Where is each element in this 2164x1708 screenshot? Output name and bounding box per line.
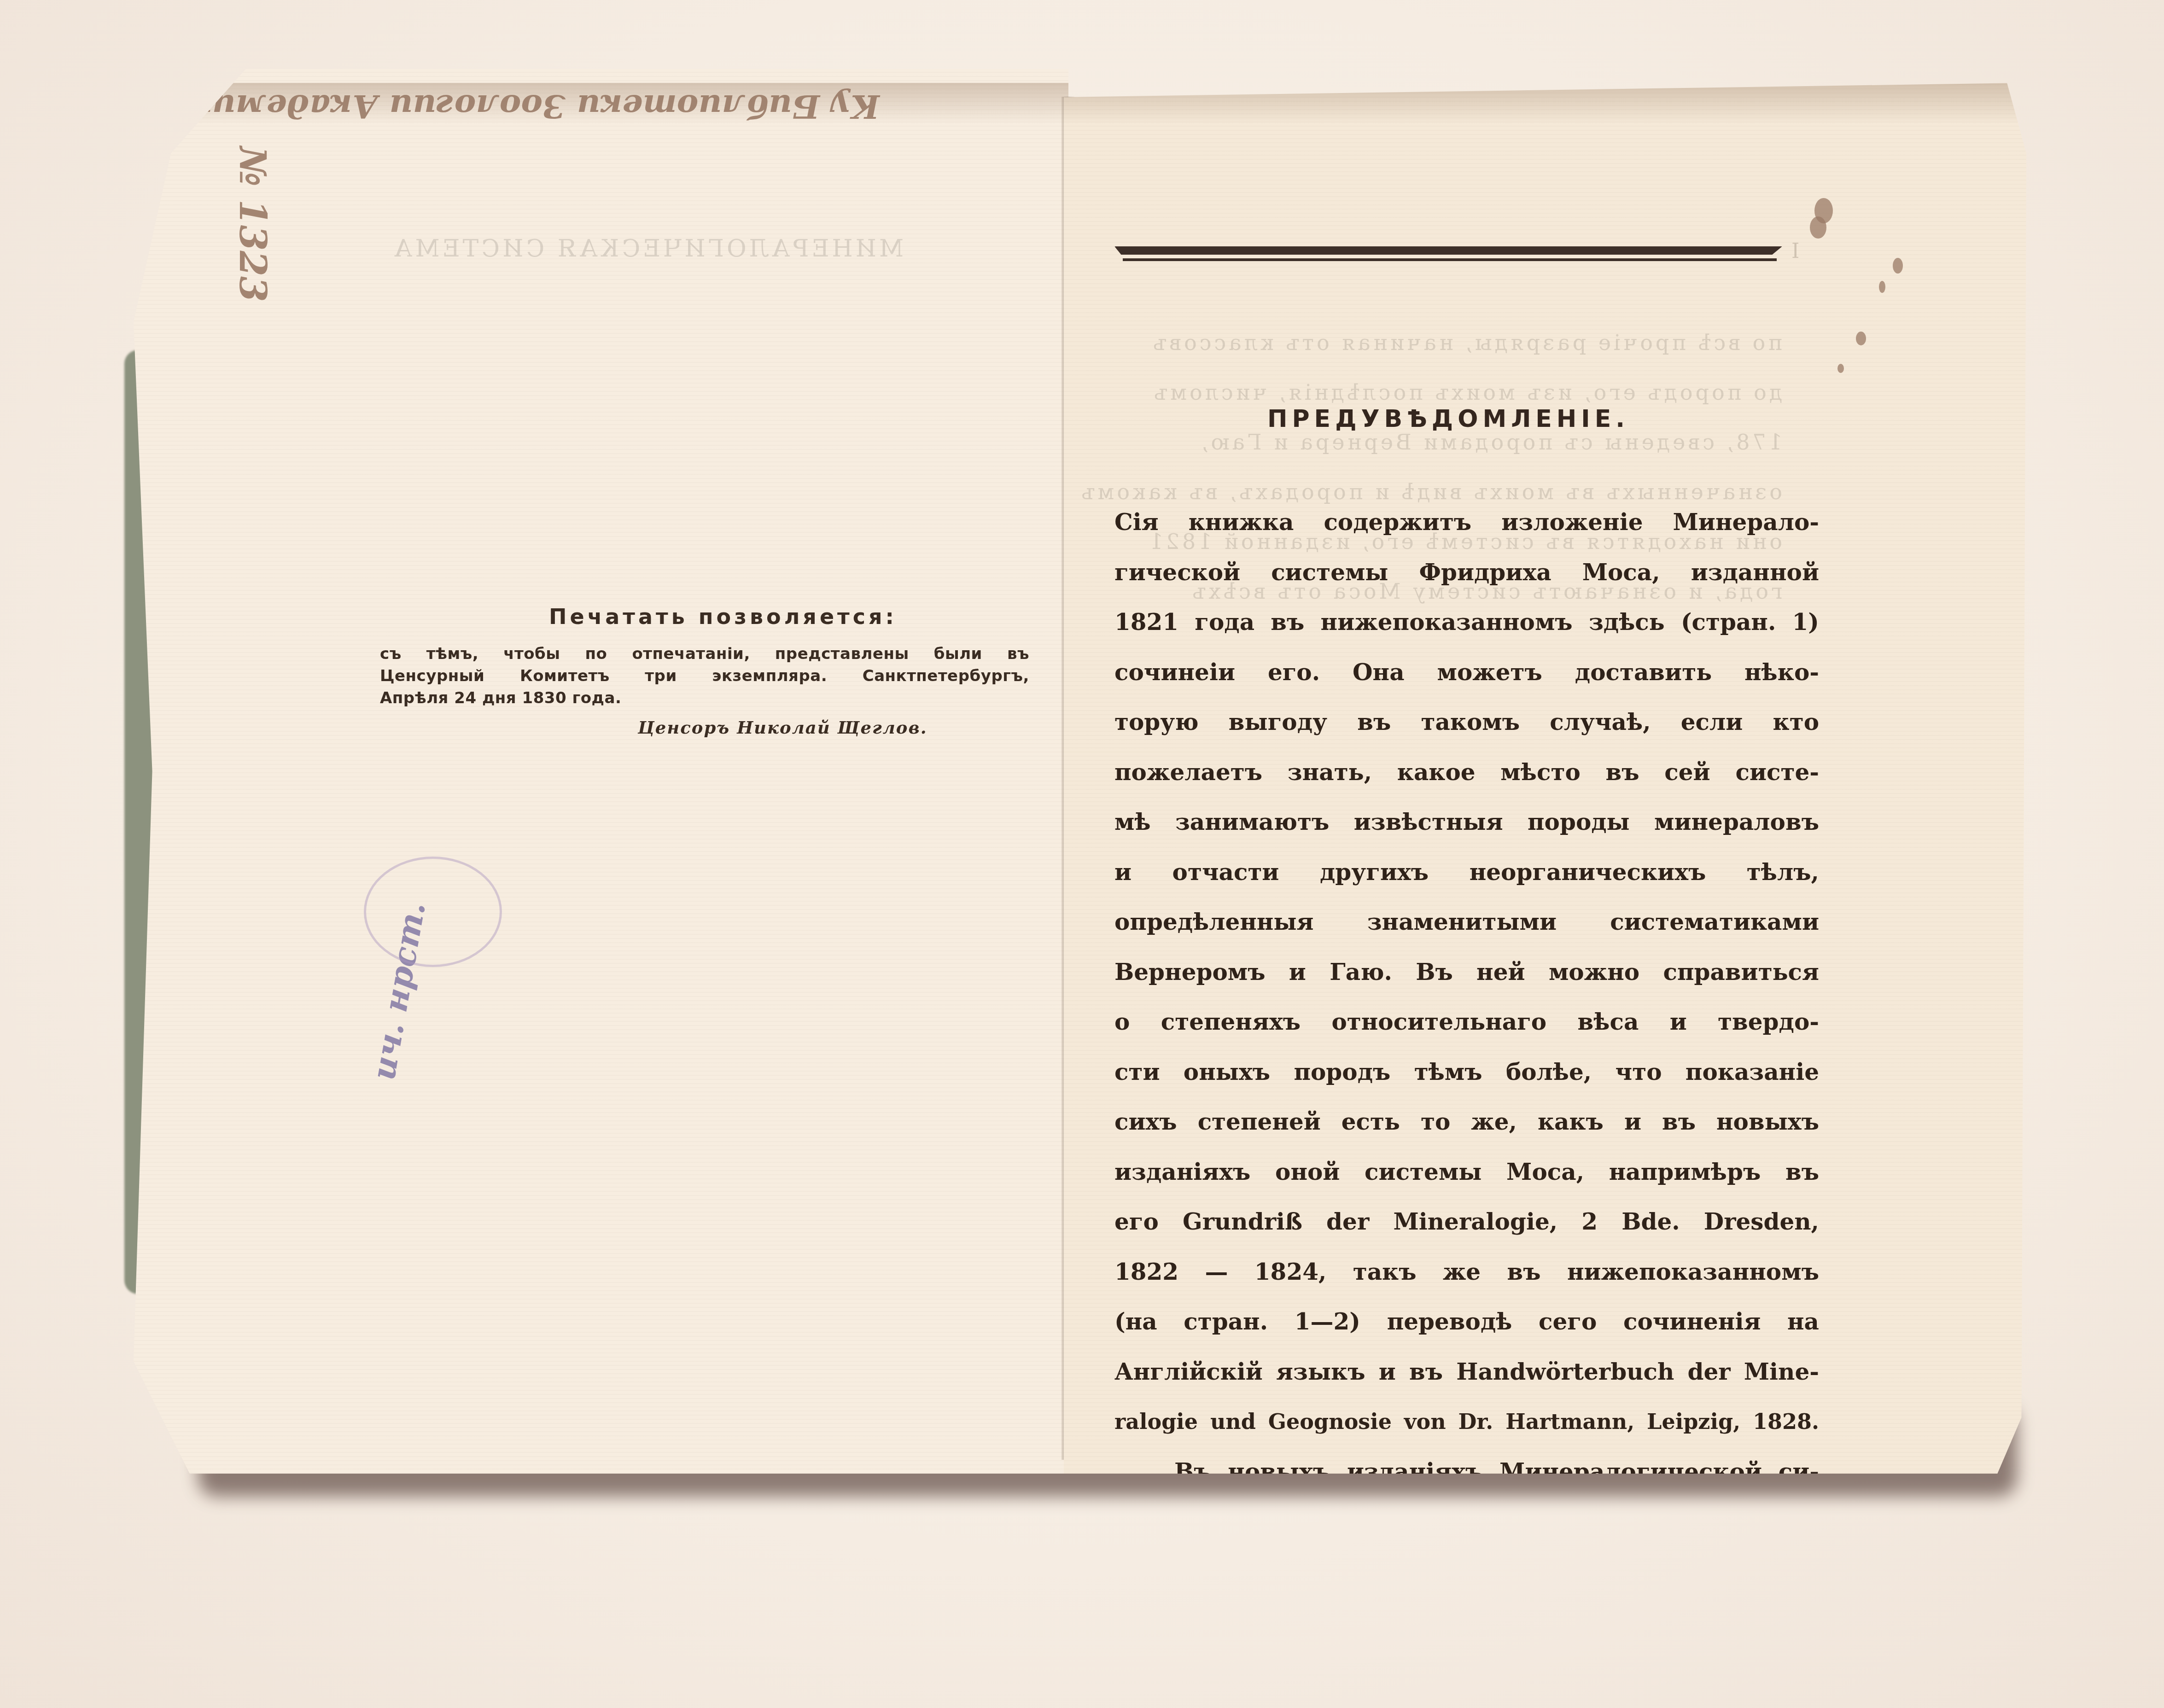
top-edge-stain	[1064, 83, 2026, 124]
ink-stain	[1879, 281, 1885, 293]
text-line: опредѣленныя знаменитыми систематиками	[1114, 897, 1819, 947]
open-book: МИНЕРАЛОГИЧЕСКАЯ СИСТЕМА Ку Библиотеки З…	[134, 69, 2026, 1474]
handwritten-number: № 1323	[231, 146, 274, 302]
censor-line: Ценсурный Комитетъ три экземпляра. Санкт…	[380, 665, 1029, 687]
text-line: сочинеіи его. Она можетъ доставить нѣко-	[1114, 647, 1819, 698]
header-rule	[1114, 246, 1782, 261]
text-line: торую выгоду въ такомъ случаѣ, если кто	[1114, 697, 1819, 747]
right-page: I по всѣ прочіе разряды, начиная отъ кла…	[1064, 69, 2026, 1474]
text-line: сти оныхъ породъ тѣмъ болѣе, что показан…	[1114, 1047, 1819, 1097]
censor-heading: Печатать позволяется:	[417, 604, 1029, 629]
text-line: Англійскій языкъ и въ Handwörterbuch der…	[1114, 1347, 1819, 1397]
censor-signature: Ценсоръ Николай Щеглов.	[638, 717, 1029, 738]
ink-stain	[1856, 332, 1866, 345]
text-line: мѣ занимаютъ извѣстныя породы минераловъ	[1114, 797, 1819, 847]
censor-line: Апрѣля 24 дня 1830 года.	[380, 687, 1029, 709]
text-line: 1822 — 1824, такъ же въ нижепоказанномъ	[1114, 1247, 1819, 1297]
text-line: о степеняхъ относительнаго вѣса и твердо…	[1114, 997, 1819, 1047]
text-line: его Grundriß der Mineralogie, 2 Bde. Dre…	[1114, 1197, 1819, 1247]
bleed-through-title: МИНЕРАЛОГИЧЕСКАЯ СИСТЕМА	[391, 235, 904, 262]
text-line: сихъ степеней есть то же, какъ и въ новы…	[1114, 1097, 1819, 1147]
text-line: Вернеромъ и Гаю. Въ ней можно справиться	[1114, 947, 1819, 997]
left-page: МИНЕРАЛОГИЧЕСКАЯ СИСТЕМА Ку Библиотеки З…	[134, 69, 1068, 1474]
handwritten-inscription: Ку Библиотеки Зоологии Академии	[189, 87, 880, 126]
ink-stain	[1810, 216, 1826, 239]
text-line: Сія книжка содержитъ изложеніе Минерало-	[1114, 497, 1819, 548]
text-line: и отчасти другихъ неорганическихъ тѣлъ,	[1114, 847, 1819, 898]
text-line: ralogie und Geognosie von Dr. Hartmann, …	[1114, 1397, 1819, 1447]
text-line: 1821 года въ нижепоказанномъ здѣсь (стра…	[1114, 597, 1819, 647]
ink-stain	[1837, 364, 1844, 373]
library-stamp	[364, 857, 502, 967]
page-number: I	[1791, 239, 1799, 263]
ink-stain	[1893, 258, 1903, 274]
text-line: гической системы Фридриха Моса, изданной	[1114, 548, 1819, 598]
text-line: пожелаетъ знать, какое мѣсто въ сей сист…	[1114, 747, 1819, 798]
text-line: изданіяхъ оной системы Моса, напримѣръ в…	[1114, 1147, 1819, 1197]
section-title: ПРЕДУВѢДОМЛЕНІЕ.	[1114, 405, 1782, 433]
censor-line: съ тѣмъ, чтобы по отпечатаніи, представл…	[380, 643, 1029, 665]
censor-text: съ тѣмъ, чтобы по отпечатаніи, представл…	[380, 643, 1029, 709]
censor-permission-block: Печатать позволяется: съ тѣмъ, чтобы по …	[380, 604, 1029, 738]
text-line: (на стран. 1—2) переводѣ сего сочиненія …	[1114, 1297, 1819, 1347]
